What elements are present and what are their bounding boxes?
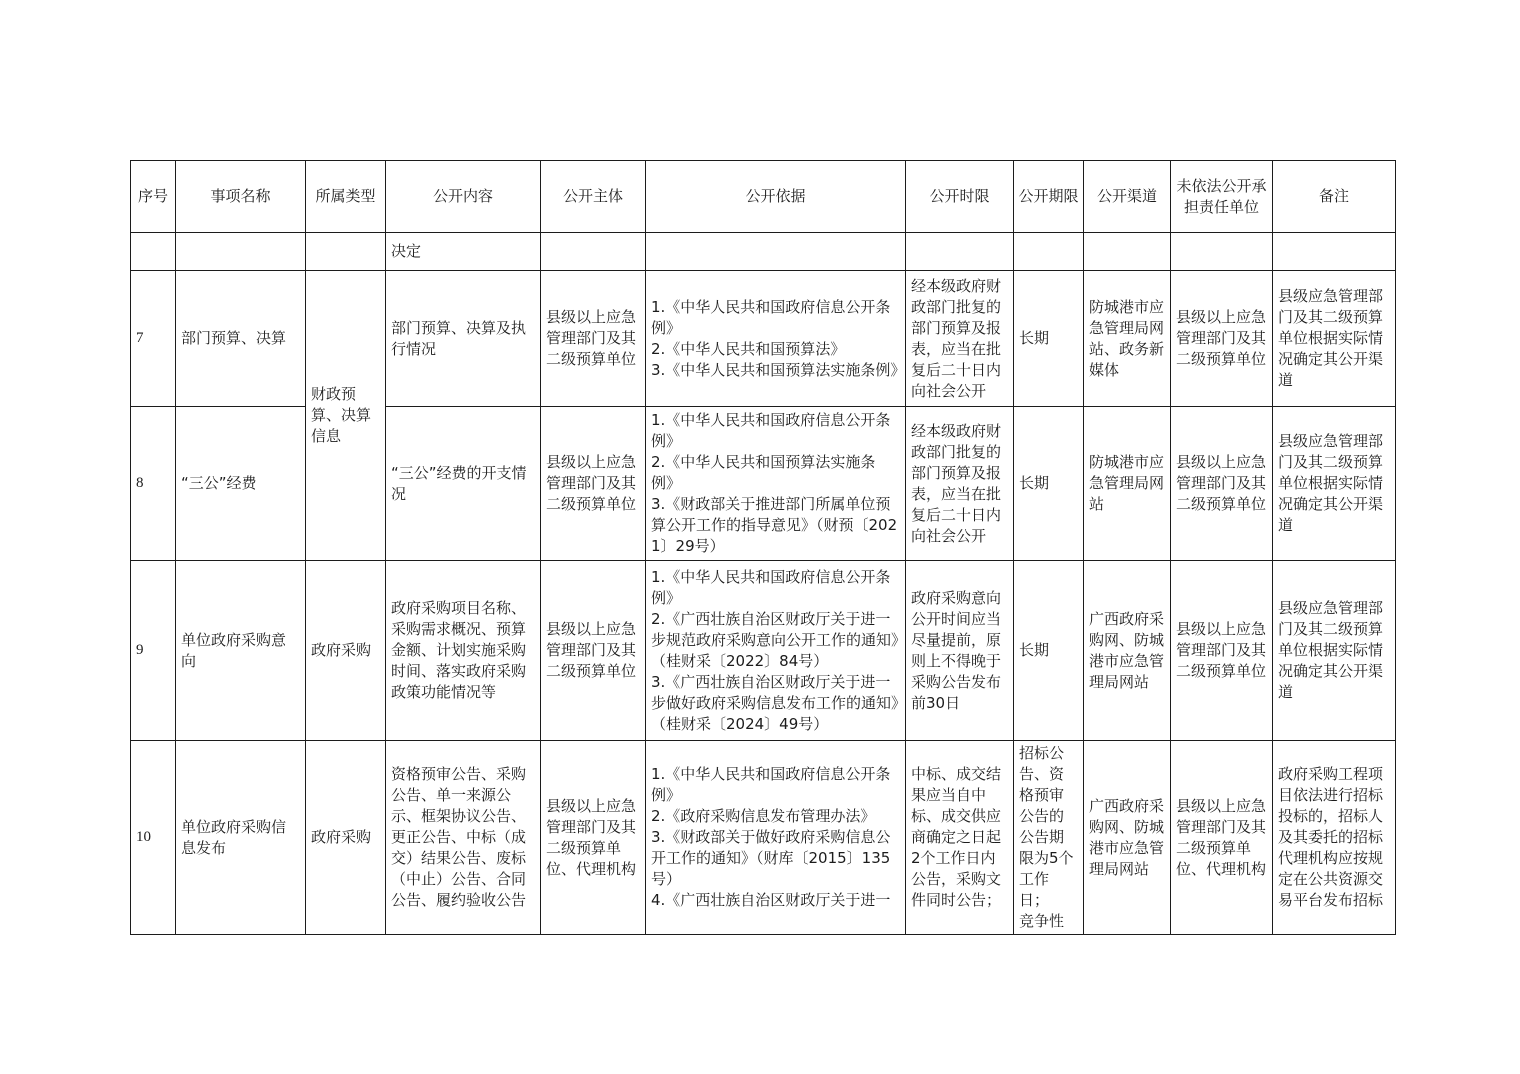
header-time-limit: 公开时限 bbox=[906, 161, 1014, 233]
cell-content: 部门预算、决算及执行情况 bbox=[386, 271, 541, 407]
table-header-row: 序号 事项名称 所属类型 公开内容 公开主体 公开依据 公开时限 公开期限 公开… bbox=[131, 161, 1396, 233]
cell-period: 长期 bbox=[1014, 271, 1084, 407]
cell-content: 决定 bbox=[386, 233, 541, 271]
cell-item-name bbox=[176, 233, 306, 271]
cell-category: 政府采购 bbox=[306, 561, 386, 741]
table-row: 7 部门预算、决算 财政预算、决算信息 部门预算、决算及执行情况 县级以上应急管… bbox=[131, 271, 1396, 407]
cell-category bbox=[306, 233, 386, 271]
cell-subject: 县级以上应急管理部门及其二级预算单位 bbox=[541, 561, 646, 741]
cell-remark: 政府采购工程项目依法进行招标投标的，招标人及其委托的招标代理机构应按规定在公共资… bbox=[1273, 741, 1396, 935]
cell-responsible-unit: 县级以上应急管理部门及其二级预算单位、代理机构 bbox=[1171, 741, 1273, 935]
cell-remark: 县级应急管理部门及其二级预算单位根据实际情况确定其公开渠道 bbox=[1273, 407, 1396, 561]
cell-remark: 县级应急管理部门及其二级预算单位根据实际情况确定其公开渠道 bbox=[1273, 271, 1396, 407]
cell-content: 政府采购项目名称、采购需求概况、预算金额、计划实施采购时间、落实政府采购政策功能… bbox=[386, 561, 541, 741]
cell-item-name: 单位政府采购意向 bbox=[176, 561, 306, 741]
disclosure-items-table: 序号 事项名称 所属类型 公开内容 公开主体 公开依据 公开时限 公开期限 公开… bbox=[130, 160, 1396, 935]
header-content: 公开内容 bbox=[386, 161, 541, 233]
cell-channel bbox=[1084, 233, 1171, 271]
header-channel: 公开渠道 bbox=[1084, 161, 1171, 233]
cell-channel: 广西政府采购网、防城港市应急管理局网站 bbox=[1084, 741, 1171, 935]
cell-channel: 防城港市应急管理局网站、政务新媒体 bbox=[1084, 271, 1171, 407]
header-remark: 备注 bbox=[1273, 161, 1396, 233]
cell-basis: 1.《中华人民共和国政府信息公开条例》 2.《政府采购信息发布管理办法》 3.《… bbox=[646, 741, 906, 935]
cell-subject: 县级以上应急管理部门及其二级预算单位 bbox=[541, 271, 646, 407]
header-item-name: 事项名称 bbox=[176, 161, 306, 233]
cell-basis bbox=[646, 233, 906, 271]
table-row-continuation: 决定 bbox=[131, 233, 1396, 271]
header-responsible-unit: 未依法公开承担责任单位 bbox=[1171, 161, 1273, 233]
cell-responsible-unit bbox=[1171, 233, 1273, 271]
cell-basis: 1.《中华人民共和国政府信息公开条例》 2.《广西壮族自治区财政厅关于进一步规范… bbox=[646, 561, 906, 741]
cell-period: 长期 bbox=[1014, 561, 1084, 741]
header-subject: 公开主体 bbox=[541, 161, 646, 233]
cell-channel: 广西政府采购网、防城港市应急管理局网站 bbox=[1084, 561, 1171, 741]
cell-seq: 10 bbox=[131, 741, 176, 935]
cell-basis: 1.《中华人民共和国政府信息公开条例》 2.《中华人民共和国预算法》 3.《中华… bbox=[646, 271, 906, 407]
cell-seq: 9 bbox=[131, 561, 176, 741]
cell-item-name: “三公”经费 bbox=[176, 407, 306, 561]
cell-category: 政府采购 bbox=[306, 741, 386, 935]
cell-time-limit bbox=[906, 233, 1014, 271]
table-row: 9 单位政府采购意向 政府采购 政府采购项目名称、采购需求概况、预算金额、计划实… bbox=[131, 561, 1396, 741]
cell-period: 长期 bbox=[1014, 407, 1084, 561]
cell-seq bbox=[131, 233, 176, 271]
cell-subject: 县级以上应急管理部门及其二级预算单位 bbox=[541, 407, 646, 561]
cell-content: 资格预审公告、采购公告、单一来源公示、框架协议公告、更正公告、中标（成交）结果公… bbox=[386, 741, 541, 935]
cell-time-limit: 政府采购意向公开时间应当尽量提前，原则上不得晚于采购公告发布前30日 bbox=[906, 561, 1014, 741]
cell-remark: 县级应急管理部门及其二级预算单位根据实际情况确定其公开渠道 bbox=[1273, 561, 1396, 741]
header-period: 公开期限 bbox=[1014, 161, 1084, 233]
cell-channel: 防城港市应急管理局网站 bbox=[1084, 407, 1171, 561]
cell-responsible-unit: 县级以上应急管理部门及其二级预算单位 bbox=[1171, 271, 1273, 407]
header-category: 所属类型 bbox=[306, 161, 386, 233]
cell-seq: 8 bbox=[131, 407, 176, 561]
cell-time-limit: 经本级政府财政部门批复的部门预算及报表，应当在批复后二十日内向社会公开 bbox=[906, 271, 1014, 407]
cell-subject bbox=[541, 233, 646, 271]
cell-content: “三公”经费的开支情况 bbox=[386, 407, 541, 561]
cell-category-merged: 财政预算、决算信息 bbox=[306, 271, 386, 561]
cell-responsible-unit: 县级以上应急管理部门及其二级预算单位 bbox=[1171, 561, 1273, 741]
cell-time-limit: 中标、成交结果应当自中标、成交供应商确定之日起2个工作日内公告，采购文件同时公告… bbox=[906, 741, 1014, 935]
cell-period bbox=[1014, 233, 1084, 271]
header-seq: 序号 bbox=[131, 161, 176, 233]
cell-basis: 1.《中华人民共和国政府信息公开条例》 2.《中华人民共和国预算法实施条例》 3… bbox=[646, 407, 906, 561]
cell-period: 招标公告、资格预审公告的公告期限为5个工作日； 竞争性 bbox=[1014, 741, 1084, 935]
cell-remark bbox=[1273, 233, 1396, 271]
header-basis: 公开依据 bbox=[646, 161, 906, 233]
table-row: 10 单位政府采购信息发布 政府采购 资格预审公告、采购公告、单一来源公示、框架… bbox=[131, 741, 1396, 935]
cell-time-limit: 经本级政府财政部门批复的部门预算及报表，应当在批复后二十日内向社会公开 bbox=[906, 407, 1014, 561]
cell-seq: 7 bbox=[131, 271, 176, 407]
cell-subject: 县级以上应急管理部门及其二级预算单位、代理机构 bbox=[541, 741, 646, 935]
cell-item-name: 单位政府采购信息发布 bbox=[176, 741, 306, 935]
document-page: 序号 事项名称 所属类型 公开内容 公开主体 公开依据 公开时限 公开期限 公开… bbox=[0, 0, 1520, 1074]
cell-responsible-unit: 县级以上应急管理部门及其二级预算单位 bbox=[1171, 407, 1273, 561]
cell-item-name: 部门预算、决算 bbox=[176, 271, 306, 407]
